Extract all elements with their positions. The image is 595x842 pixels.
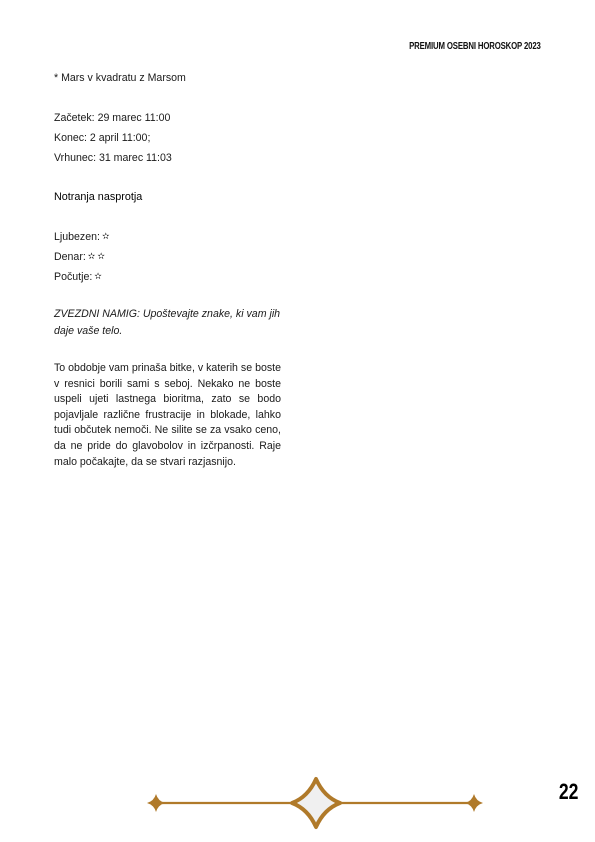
transit-name: * Mars v kvadratu z Marsom xyxy=(54,69,186,89)
small-diamond-right-icon xyxy=(465,794,483,812)
rating-label: Denar: xyxy=(54,251,86,263)
star-icon: ✫ xyxy=(88,251,96,261)
section-heading: Notranja nasprotja xyxy=(54,188,142,208)
rating-row: Ljubezen:✫ xyxy=(54,227,110,248)
transit-end: Konec: 2 april 11:00; xyxy=(54,129,150,149)
star-icon: ✫ xyxy=(97,251,105,261)
star-icon: ✫ xyxy=(102,231,110,241)
four-point-star-icon xyxy=(292,779,340,827)
transit-start: Začetek: 29 marec 11:00 xyxy=(54,109,170,129)
rating-row: Počutje:✫ xyxy=(54,267,102,288)
divider-ornament xyxy=(140,770,490,835)
body-paragraph: To obdobje vam prinaša bitke, v katerih … xyxy=(54,361,281,470)
star-icon: ✫ xyxy=(94,271,102,281)
star-tip: ZVEZDNI NAMIG: Upoštevajte znake, ki vam… xyxy=(54,306,281,340)
rating-row: Denar:✫✫ xyxy=(54,247,105,268)
transit-peak: Vrhunec: 31 marec 11:03 xyxy=(54,149,172,169)
small-diamond-left-icon xyxy=(147,794,165,812)
header-title: PREMIUM OSEBNI HOROSKOP 2023 xyxy=(409,41,541,52)
page-number: 22 xyxy=(558,779,578,805)
rating-label: Počutje: xyxy=(54,271,92,283)
rating-label: Ljubezen: xyxy=(54,231,100,243)
